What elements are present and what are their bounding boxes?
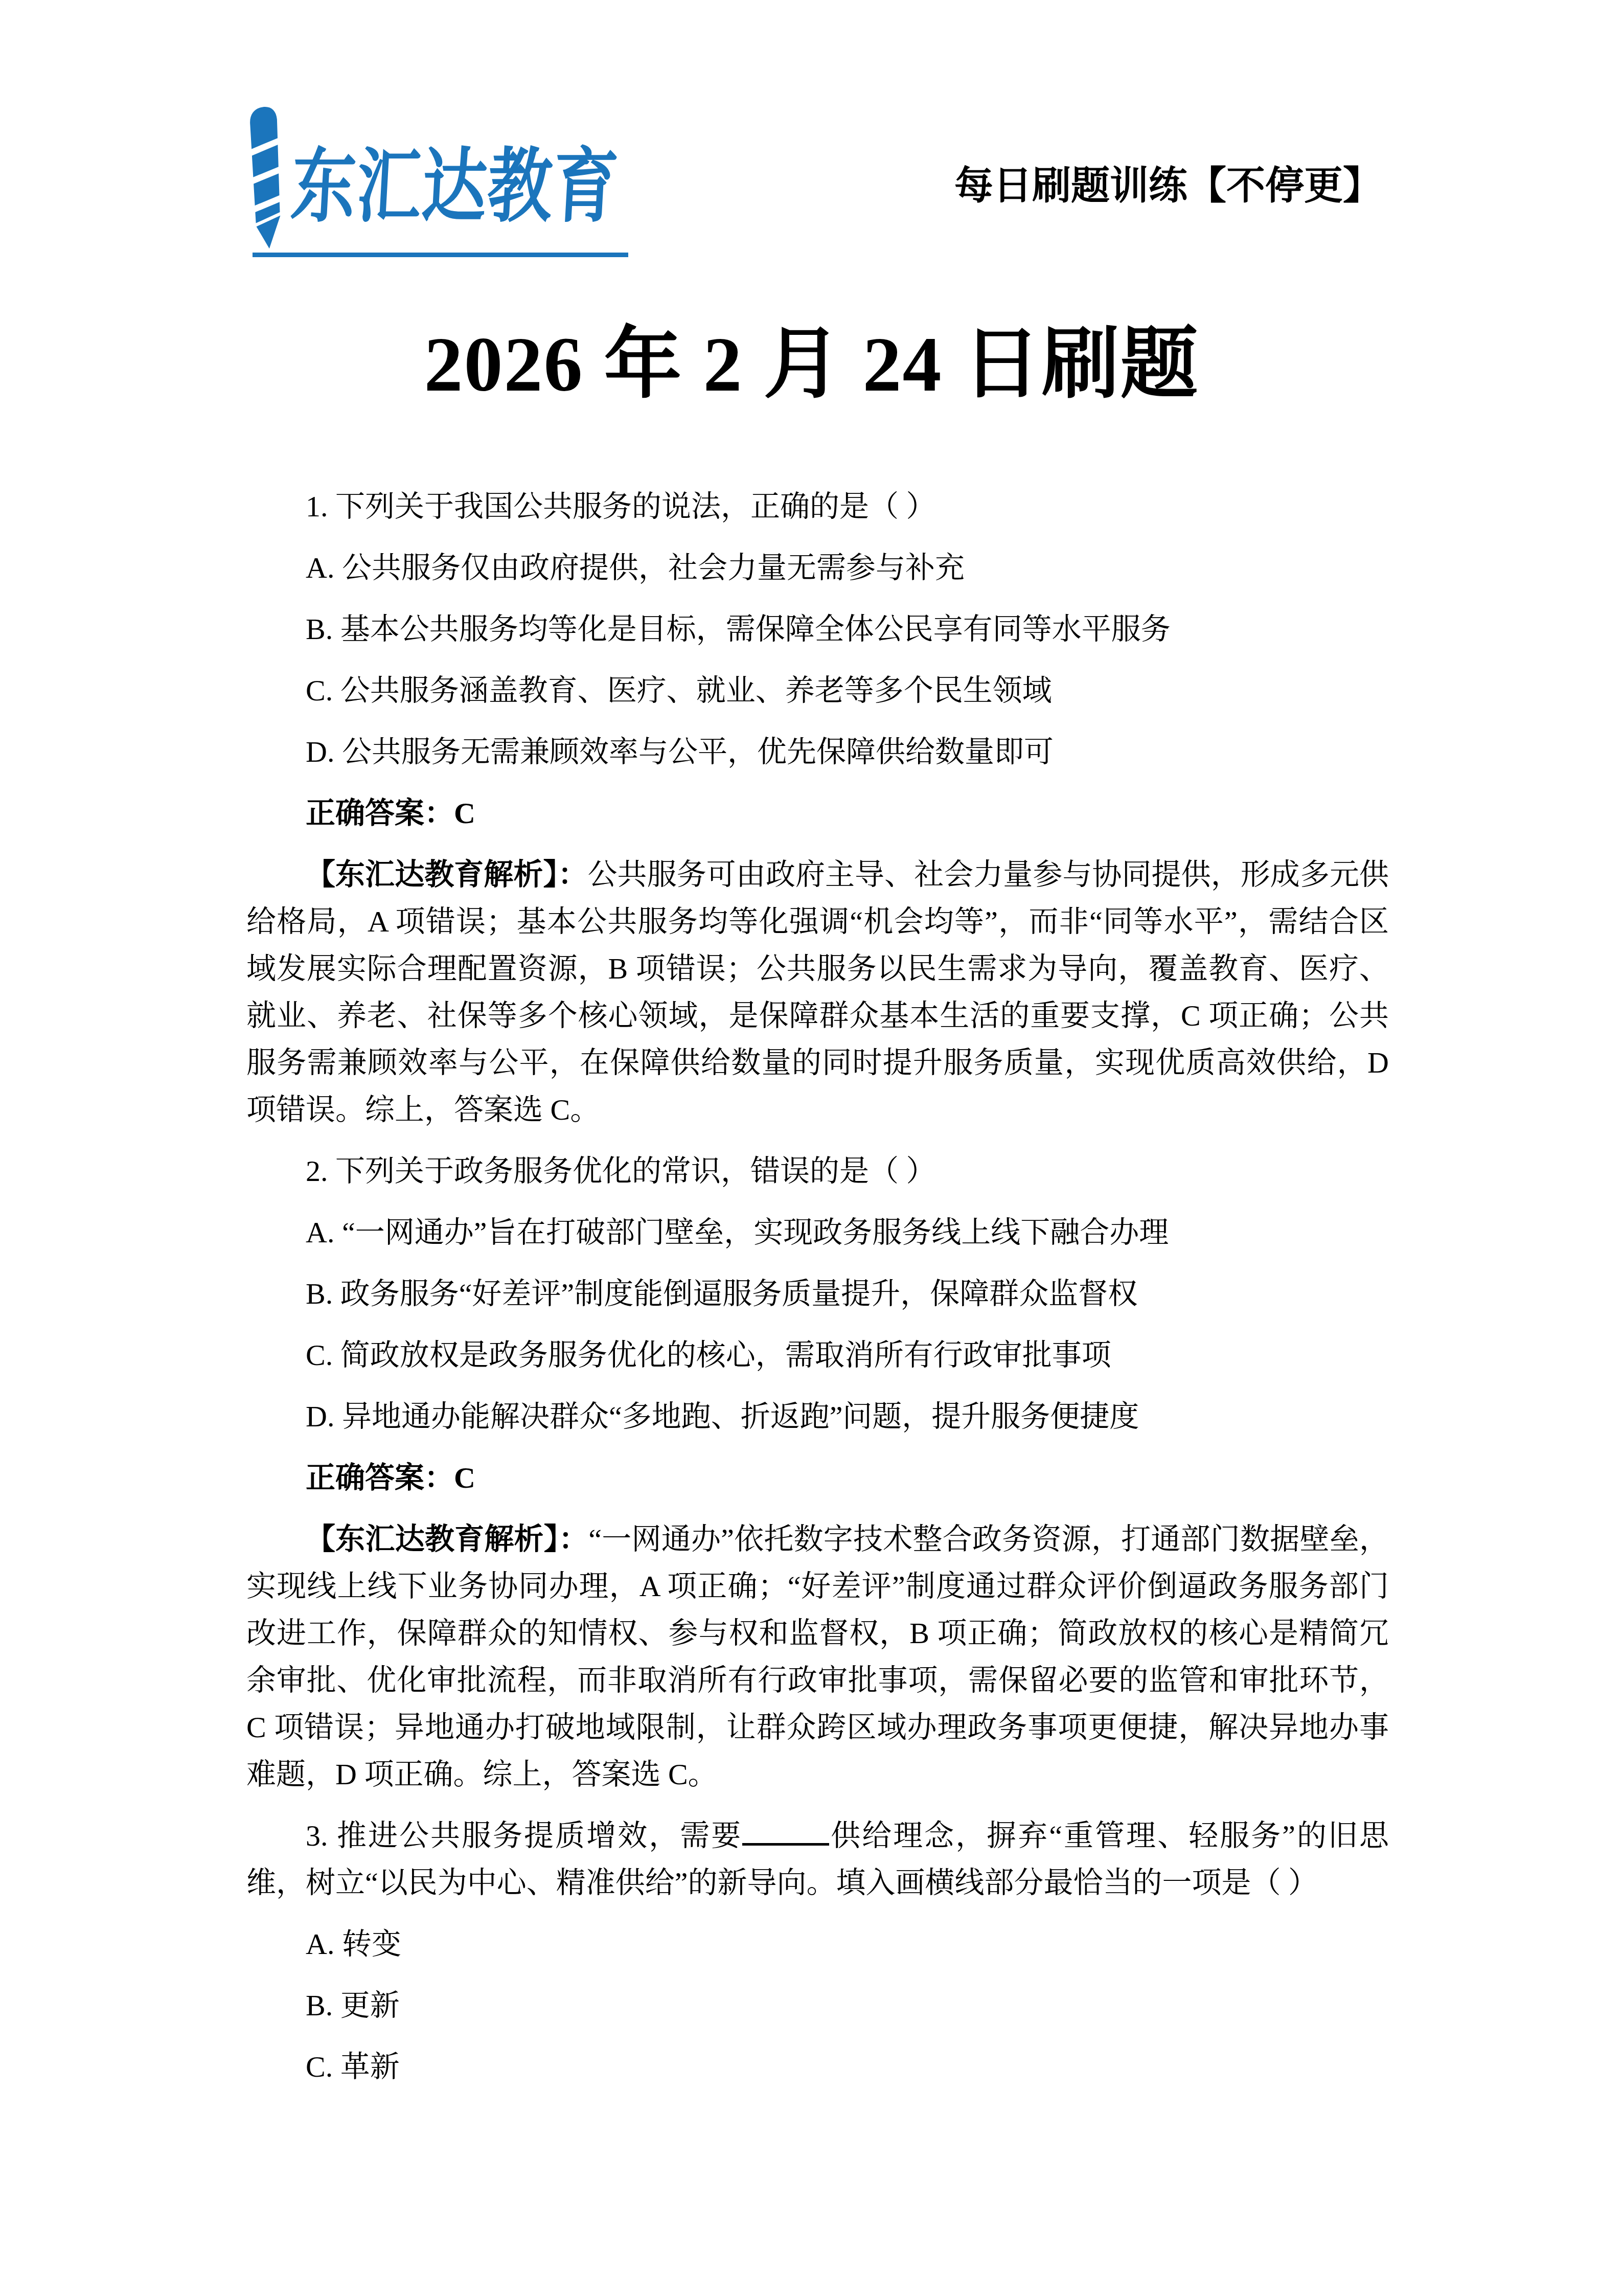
pen-icon [240,105,289,258]
question-3-stem: 3. 推进公共服务提质增效，需要供给理念，摒弃“重管理、轻服务”的旧思维，树立“… [246,1812,1389,1906]
logo-text: 东汇达教育 [289,147,621,228]
analysis-label: 【东汇达教育解析】： [306,858,588,891]
blank-line [742,1843,829,1846]
analysis-text: “一网通办”依托数字技术整合政务资源，打通部门数据壁垒，实现线上线下业务协同办理… [246,1522,1389,1791]
question-1-analysis: 【东汇达教育解析】：公共服务可由政府主导、社会力量参与协同提供，形成多元供给格局… [246,851,1389,1133]
question-1-option-d: D. 公共服务无需兼顾效率与公平，优先保障供给数量即可 [246,729,1389,776]
logo-underline [253,253,628,257]
question-3-stem-before: 3. 推进公共服务提质增效，需要 [306,1819,742,1852]
question-3-option-b: B. 更新 [246,1982,1389,2029]
header-tagline: 每日刷题训练【不停更】 [954,165,1382,208]
document-body: 1. 下列关于我国公共服务的说法，正确的是（ ） A. 公共服务仅由政府提供，社… [246,483,1389,2105]
question-3-option-a: A. 转变 [246,1921,1389,1968]
question-1-option-b: B. 基本公共服务均等化是目标，需保障全体公民享有同等水平服务 [246,606,1389,653]
analysis-label: 【东汇达教育解析】： [306,1522,588,1556]
question-2-option-b: B. 政务服务“好差评”制度能倒逼服务质量提升，保障群众监督权 [246,1270,1389,1317]
analysis-text: 公共服务可由政府主导、社会力量参与协同提供，形成多元供给格局，A 项错误；基本公… [246,858,1389,1126]
question-1-option-a: A. 公共服务仅由政府提供，社会力量无需参与补充 [246,544,1389,592]
question-1-option-c: C. 公共服务涵盖教育、医疗、就业、养老等多个民生领域 [246,667,1389,714]
question-1-answer: 正确答案：C [246,790,1389,837]
question-2-option-a: A. “一网通办”旨在打破部门壁垒，实现政务服务线上线下融合办理 [246,1209,1389,1256]
document-page: 东汇达教育 每日刷题训练【不停更】 2026 年 2 月 24 日刷题 1. 下… [0,0,1623,2296]
question-3-option-c: C. 革新 [246,2043,1389,2090]
question-2-analysis: 【东汇达教育解析】：“一网通办”依托数字技术整合政务资源，打通部门数据壁垒，实现… [246,1516,1389,1798]
question-2-option-c: C. 简政放权是政务服务优化的核心，需取消所有行政审批事项 [246,1332,1389,1379]
question-2-option-d: D. 异地通办能解决群众“多地跑、折返跑”问题，提升服务便捷度 [246,1393,1389,1440]
logo: 东汇达教育 [240,102,654,266]
question-2-stem: 2. 下列关于政务服务优化的常识，错误的是（ ） [246,1148,1389,1195]
question-2-answer: 正确答案：C [246,1454,1389,1502]
question-1-stem: 1. 下列关于我国公共服务的说法，正确的是（ ） [246,483,1389,530]
page-title: 2026 年 2 月 24 日刷题 [0,316,1623,413]
